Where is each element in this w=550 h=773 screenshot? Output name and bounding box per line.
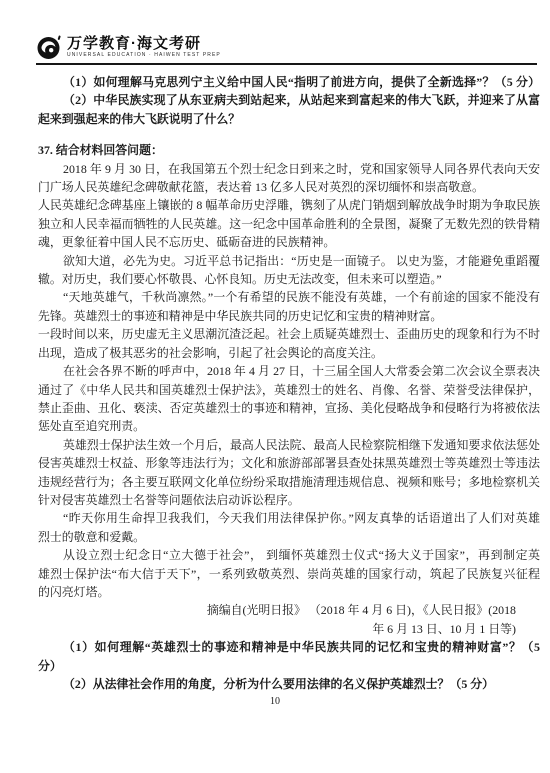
document-page: 万学教育·海文考研 UNIVERSAL EDUCATION · HAIWEN T… — [0, 0, 550, 773]
document-line: 独立和人民幸福而牺牲的人民英雄。这一纪念中国革命胜利的全景图，凝聚了无数先烈的铁… — [38, 215, 540, 233]
brand-subtitle: UNIVERSAL EDUCATION · HAIWEN TEST PREP — [67, 52, 221, 59]
page-number: 10 — [0, 696, 550, 707]
document-line: 分） — [38, 657, 540, 675]
page-header: 万学教育·海文考研 UNIVERSAL EDUCATION · HAIWEN T… — [36, 34, 537, 65]
document-lines: （1）如何理解马克思列宁主义给中国人民“指明了前进方向，提供了全新选择”？（5 … — [38, 73, 540, 693]
document-line: “天地英雄气，千秋尚凛然。”一个有希望的民族不能没有英雄，一个有前途的国家不能没… — [38, 288, 540, 306]
brand-logo-icon — [36, 34, 62, 60]
document-line: 从设立烈士纪念日“立大德于社会”， 到缅怀英雄烈士仪式“扬大义于国家”，再到制定… — [38, 546, 540, 564]
document-line: （2）中华民族实现了从东亚病夫到站起来，从站起来到富起来的伟大飞跃，并迎来了从富 — [38, 91, 540, 109]
brand-logo: 万学教育·海文考研 UNIVERSAL EDUCATION · HAIWEN T… — [36, 34, 537, 60]
document-line: 门广场人民英雄纪念碑敬献花篮，表达着 13 亿多人民对英烈的深切缅怀和崇高敬意。 — [38, 178, 540, 196]
brand-title: 万学教育·海文考研 — [67, 35, 221, 52]
document-line: 在社会各界不断的呼声中，2018 年 4 月 27 日，十三届全国人大常委会第二… — [38, 362, 540, 380]
document-line: （1）如何理解马克思列宁主义给中国人民“指明了前进方向，提供了全新选择”？（5 … — [38, 73, 540, 91]
document-line: 魂，更象征着中国人民不忘历史、砥砺奋进的民族精神。 — [38, 233, 540, 251]
document-line: 雄烈士保护法“布大信于天下”，一系列致敬英烈、崇尚英雄的国家行动，筑起了民族复兴… — [38, 565, 540, 583]
document-line: 出现，造成了极其恶劣的社会影响，引起了社会舆论的高度关注。 — [38, 344, 540, 362]
document-line: 的闪亮灯塔。 — [38, 583, 540, 601]
document-line: 侵害英雄烈士权益、形象等违法行为；文化和旅游部部署县查处抹黑英雄烈士等英雄烈士等… — [38, 454, 540, 472]
document-line: 辙。对历史，我们要心怀敬畏、心怀良知。历史无法改变，但未来可以塑造。” — [38, 270, 540, 288]
document-line: 37. 结合材料回答问题： — [38, 141, 540, 159]
document-line: 违规经营行为；各主要互联网文化单位纷纷采取措施清理违规信息、视频和账号；多地检察… — [38, 473, 540, 491]
document-line: 起来到强起来的伟大飞跃说明了什么？ — [38, 110, 540, 128]
document-line: “昨天你用生命捍卫我我们，今天我们用法律保护你。”网友真挚的话语道出了人们对英雄 — [38, 509, 540, 527]
brand-text-block: 万学教育·海文考研 UNIVERSAL EDUCATION · HAIWEN T… — [67, 35, 221, 59]
document-line: 摘编自(光明日报》 （2018 年 4 月 6 日)，《人民日报》(2018 — [38, 601, 540, 619]
document-line: 通过了《中华人民共和国英雄烈士保护法》，英雄烈士的姓名、肖像、名誉、荣誉受法律保… — [38, 381, 540, 399]
document-line: 禁止歪曲、丑化、亵渎、否定英雄烈士的事迹和精神，宣扬、美化侵略战争和侵略行为将被… — [38, 399, 540, 417]
document-line: 2018 年 9 月 30 日，在我国第五个烈士纪念日到来之时，党和国家领导人同… — [38, 160, 540, 178]
document-line: 欲知大道，必先为史。习近平总书记指出：“历史是一面镜子。 以史为鉴，才能避免重蹈… — [38, 252, 540, 270]
document-line: （1）如何理解“英雄烈士的事迹和精神是中华民族共同的记忆和宝贵的精神财富”？（5 — [38, 638, 540, 656]
document-line: 烈士的敬意和爱戴。 — [38, 528, 540, 546]
document-line: 惩处直至追究刑责。 — [38, 417, 540, 435]
document-line: 英雄烈士保护法生效一个月后，最高人民法院、最高人民检察院相继下发通知要求依法惩处 — [38, 436, 540, 454]
document-line: 先锋。英雄烈士的事迹和精神是中华民族共同的历史记忆和宝贵的精神财富。 — [38, 307, 540, 325]
document-line: 人民英雄纪念碑基座上镶嵌的 8 幅革命历史浮雕，镌刻了从虎门销烟到解放战争时期为… — [38, 196, 540, 214]
document-line: 年 6 月 13 日、10 月 1 日等) — [38, 620, 540, 638]
document-line: （2）从法律社会作用的角度，分析为什么要用法律的名义保护英雄烈士？（5 分） — [38, 675, 540, 693]
document-line: 针对侵害英雄烈士名誉等问题依法启动诉讼程序。 — [38, 491, 540, 509]
document-line: 一段时间以来，历史虚无主义思潮沉渣泛起。社会上质疑英雄烈士、歪曲历史的现象和行为… — [38, 325, 540, 343]
